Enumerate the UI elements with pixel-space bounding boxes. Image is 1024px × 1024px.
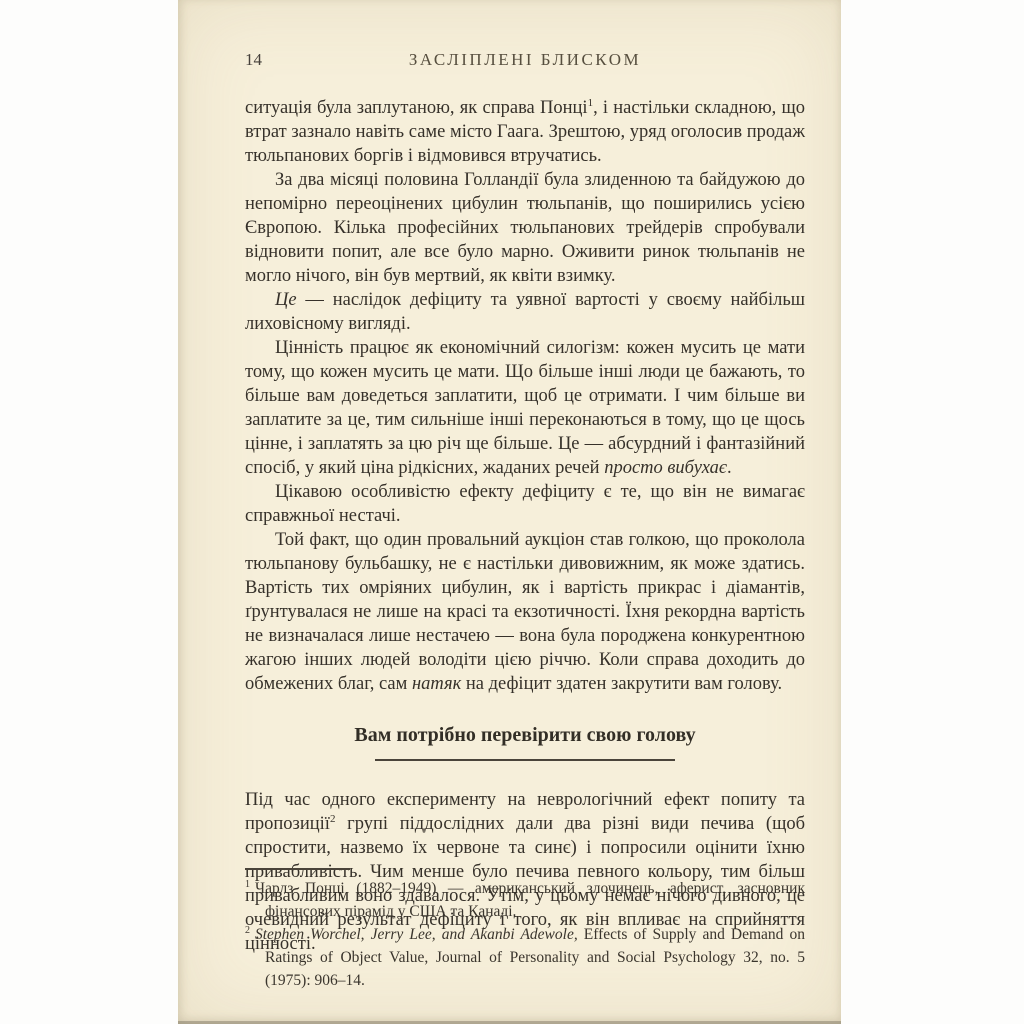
italic-text: просто вибухає <box>604 458 727 478</box>
footnotes: 1Чарлз Понці (1882–1949) — американський… <box>245 868 805 992</box>
heading-rule <box>375 759 675 761</box>
body-text: ситуація була заплутаною, як справа Понц… <box>245 96 805 956</box>
text-run: . <box>727 458 732 478</box>
page-header: 14 ЗАСЛІПЛЕНІ БЛИСКОМ <box>245 50 805 72</box>
paragraph: Цінність працює як економічний силогізм:… <box>245 336 805 480</box>
italic-text: Це <box>275 290 297 310</box>
footnote: 1Чарлз Понці (1882–1949) — американський… <box>245 877 805 923</box>
paragraph: За два місяці половина Голландії була зл… <box>245 168 805 288</box>
text-run: ситуація була заплутаною, як справа Понц… <box>245 98 588 118</box>
running-header: ЗАСЛІПЛЕНІ БЛИСКОМ <box>245 50 805 70</box>
paragraph: Це — наслідок дефіциту та уявної вартост… <box>245 288 805 336</box>
text-run: Чарлз Понці (1882–1949) — американський … <box>255 880 805 920</box>
page-content: 14 ЗАСЛІПЛЕНІ БЛИСКОМ ситуація була запл… <box>245 0 805 956</box>
text-run: Цінність працює як економічний силогізм:… <box>245 338 805 478</box>
text-run: на дефіцит здатен закрутити вам голову. <box>461 674 782 694</box>
text-run: За два місяці половина Голландії була зл… <box>245 170 805 286</box>
page-number: 14 <box>245 50 262 70</box>
text-run: — наслідок дефіциту та уявної вартості у… <box>245 290 805 334</box>
paragraph: ситуація була заплутаною, як справа Понц… <box>245 96 805 168</box>
text-run: Цікавою особливістю ефекту дефіциту є те… <box>245 482 805 526</box>
italic-text: Stephen Worchel, Jerry Lee, and Akanbi A… <box>255 926 578 943</box>
footnote: 2Stephen Worchel, Jerry Lee, and Akanbi … <box>245 923 805 992</box>
scan-background: 14 ЗАСЛІПЛЕНІ БЛИСКОМ ситуація була запл… <box>0 0 1024 1024</box>
book-page: 14 ЗАСЛІПЛЕНІ БЛИСКОМ ситуація була запл… <box>178 0 841 1024</box>
paragraph: Цікавою особливістю ефекту дефіциту є те… <box>245 480 805 528</box>
footnote-list: 1Чарлз Понці (1882–1949) — американський… <box>245 877 805 992</box>
footnote-separator <box>245 868 350 870</box>
section-heading: Вам потрібно перевірити свою голову <box>245 723 805 747</box>
footnote-marker: 2 <box>245 925 250 936</box>
paragraph: Той факт, що один провальний аукціон ста… <box>245 528 805 696</box>
italic-text: натяк <box>412 674 461 694</box>
text-run: Той факт, що один провальний аукціон ста… <box>245 530 805 694</box>
footnote-marker: 1 <box>245 879 250 890</box>
